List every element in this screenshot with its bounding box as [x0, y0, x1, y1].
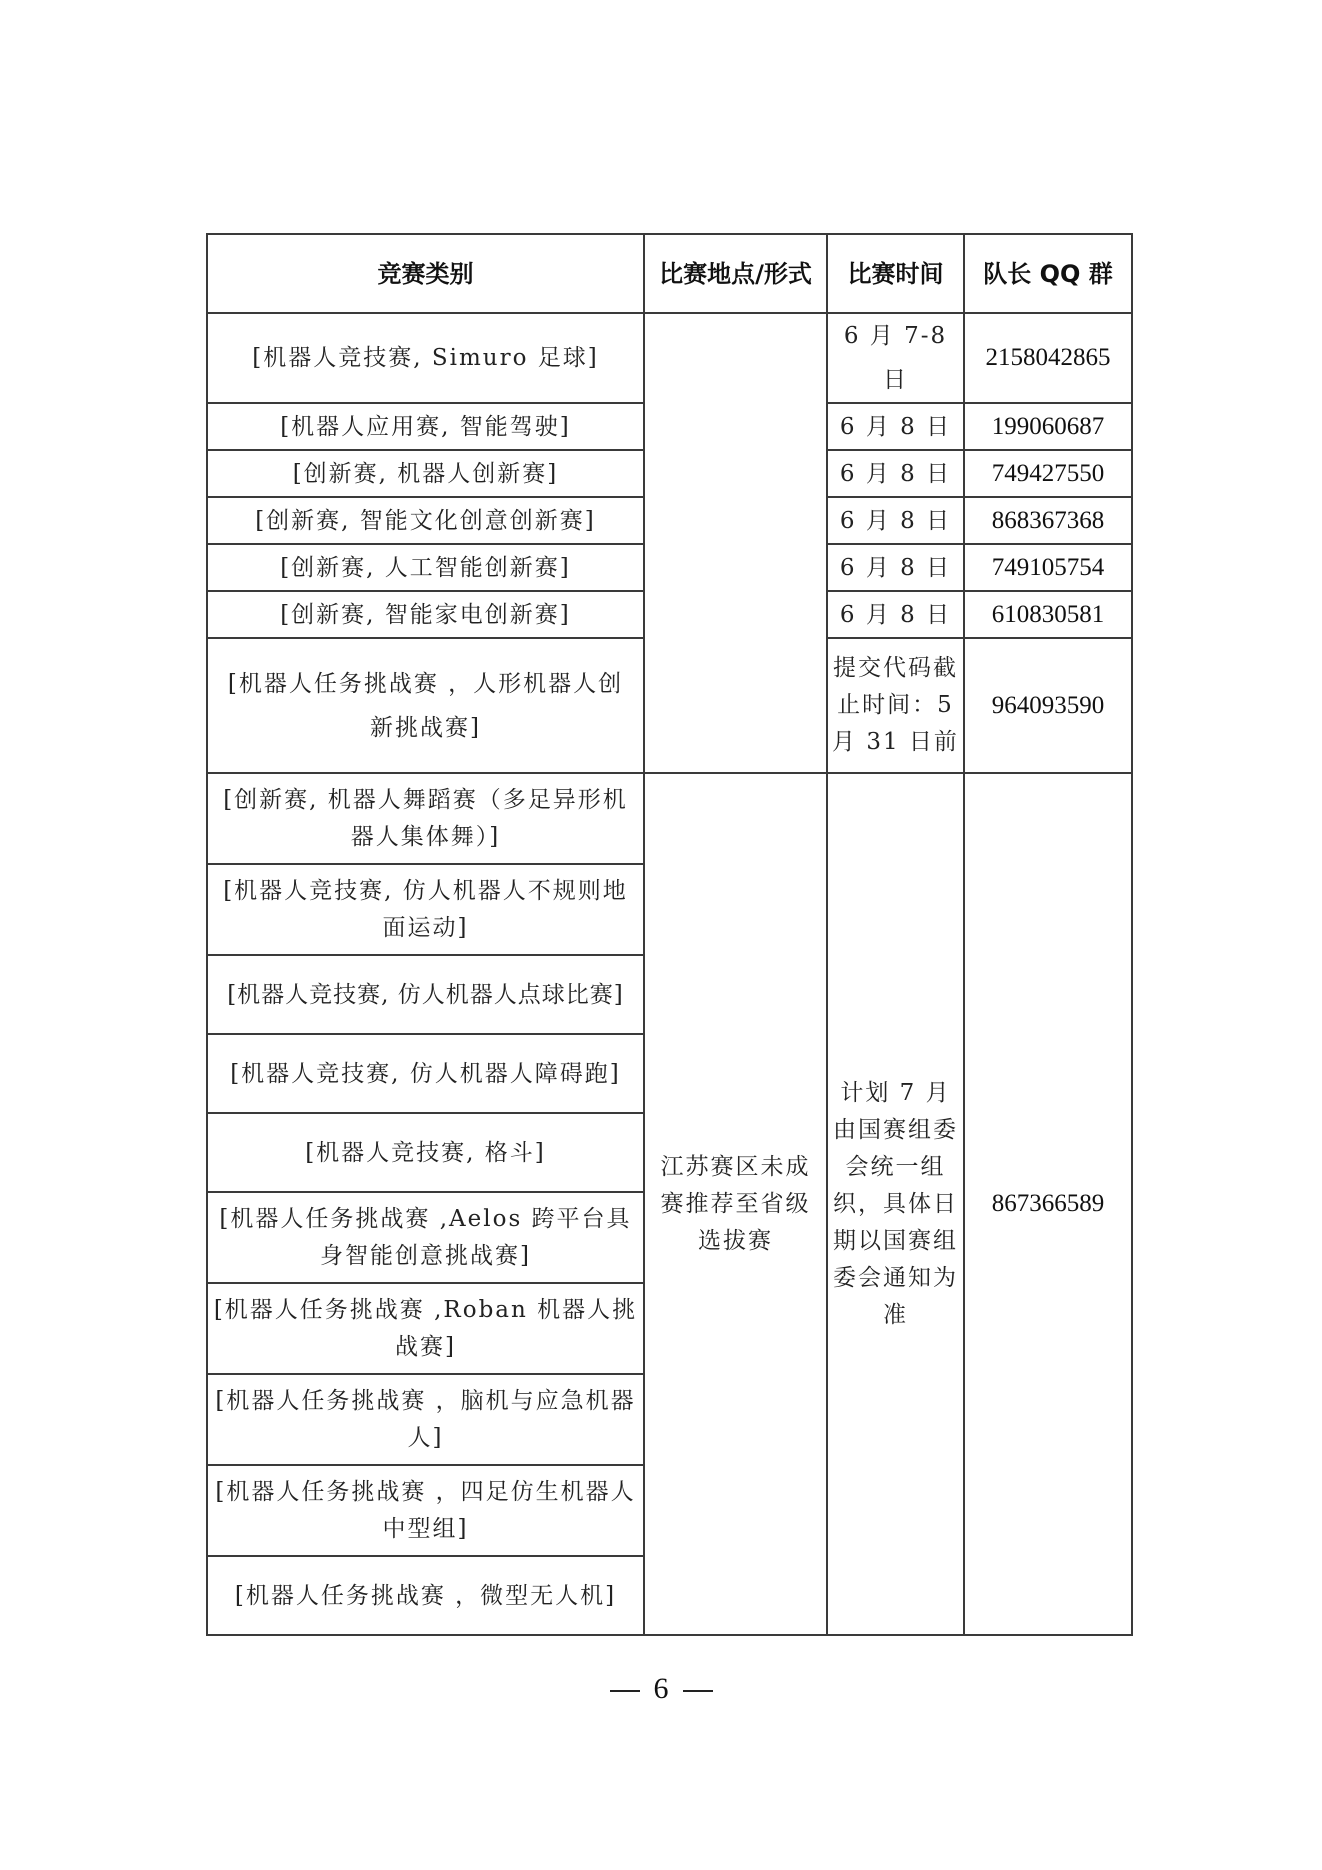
- qq-cell: 199060687: [964, 403, 1132, 450]
- time-cell: 计划 7 月由国赛组委会统一组织，具体日期以国赛组委会通知为准: [827, 773, 964, 1635]
- category-cell: [机器人任务挑战赛 ，人形机器人创新挑战赛]: [207, 638, 644, 773]
- category-cell: [机器人竞技赛, 仿人机器人不规则地面运动]: [207, 864, 644, 955]
- time-cell: 6 月 8 日: [827, 591, 964, 638]
- category-cell: [创新赛, 机器人舞蹈赛（多足异形机器人集体舞）]: [207, 773, 644, 864]
- dash-left: [610, 1690, 640, 1692]
- category-cell: [创新赛, 人工智能创新赛]: [207, 544, 644, 591]
- time-cell: 6 月 8 日: [827, 403, 964, 450]
- qq-cell: 749105754: [964, 544, 1132, 591]
- header-time: 比赛时间: [827, 234, 964, 313]
- qq-cell: 867366589: [964, 773, 1132, 1635]
- table-header-row: 竞赛类别 比赛地点/形式 比赛时间 队长 QQ 群: [207, 234, 1132, 313]
- qq-cell: 610830581: [964, 591, 1132, 638]
- time-cell: 6 月 8 日: [827, 450, 964, 497]
- category-cell: [创新赛, 机器人创新赛]: [207, 450, 644, 497]
- page-number: 6: [0, 1672, 1322, 1706]
- time-cell: 6 月 8 日: [827, 497, 964, 544]
- category-cell: [机器人竞技赛, 仿人机器人点球比赛]: [207, 955, 644, 1034]
- table-row: [创新赛, 机器人舞蹈赛（多足异形机器人集体舞）] 江苏赛区未成赛推荐至省级选拔…: [207, 773, 1132, 864]
- category-cell: [机器人竞技赛, Simuro 足球]: [207, 313, 644, 403]
- category-cell: [机器人任务挑战赛 ，脑机与应急机器人]: [207, 1374, 644, 1465]
- time-cell: 6 月 7-8 日: [827, 313, 964, 403]
- qq-cell: 2158042865: [964, 313, 1132, 403]
- document-page: 竞赛类别 比赛地点/形式 比赛时间 队长 QQ 群 [机器人竞技赛, Simur…: [0, 0, 1322, 1870]
- time-cell: 6 月 8 日: [827, 544, 964, 591]
- category-cell: [机器人任务挑战赛 ，微型无人机]: [207, 1556, 644, 1635]
- dash-right: [683, 1690, 713, 1692]
- category-cell: [创新赛, 智能家电创新赛]: [207, 591, 644, 638]
- category-cell: [机器人竞技赛, 格斗]: [207, 1113, 644, 1192]
- category-cell: [机器人应用赛, 智能驾驶]: [207, 403, 644, 450]
- header-category: 竞赛类别: [207, 234, 644, 313]
- table-row: [机器人竞技赛, Simuro 足球] 6 月 7-8 日 2158042865: [207, 313, 1132, 403]
- competition-table: 竞赛类别 比赛地点/形式 比赛时间 队长 QQ 群 [机器人竞技赛, Simur…: [206, 233, 1133, 1636]
- category-cell: [创新赛, 智能文化创意创新赛]: [207, 497, 644, 544]
- header-qq-group: 队长 QQ 群: [964, 234, 1132, 313]
- category-cell: [机器人任务挑战赛 ,Roban 机器人挑战赛]: [207, 1283, 644, 1374]
- location-cell: [644, 313, 827, 773]
- header-location: 比赛地点/形式: [644, 234, 827, 313]
- qq-cell: 964093590: [964, 638, 1132, 773]
- qq-cell: 868367368: [964, 497, 1132, 544]
- category-cell: [机器人任务挑战赛 ,Aelos 跨平台具身智能创意挑战赛]: [207, 1192, 644, 1283]
- category-cell: [机器人竞技赛, 仿人机器人障碍跑]: [207, 1034, 644, 1113]
- qq-cell: 749427550: [964, 450, 1132, 497]
- page-number-value: 6: [654, 1672, 669, 1705]
- time-cell: 提交代码截止时间：5 月 31 日前: [827, 638, 964, 773]
- location-cell: 江苏赛区未成赛推荐至省级选拔赛: [644, 773, 827, 1635]
- category-cell: [机器人任务挑战赛 ，四足仿生机器人中型组]: [207, 1465, 644, 1556]
